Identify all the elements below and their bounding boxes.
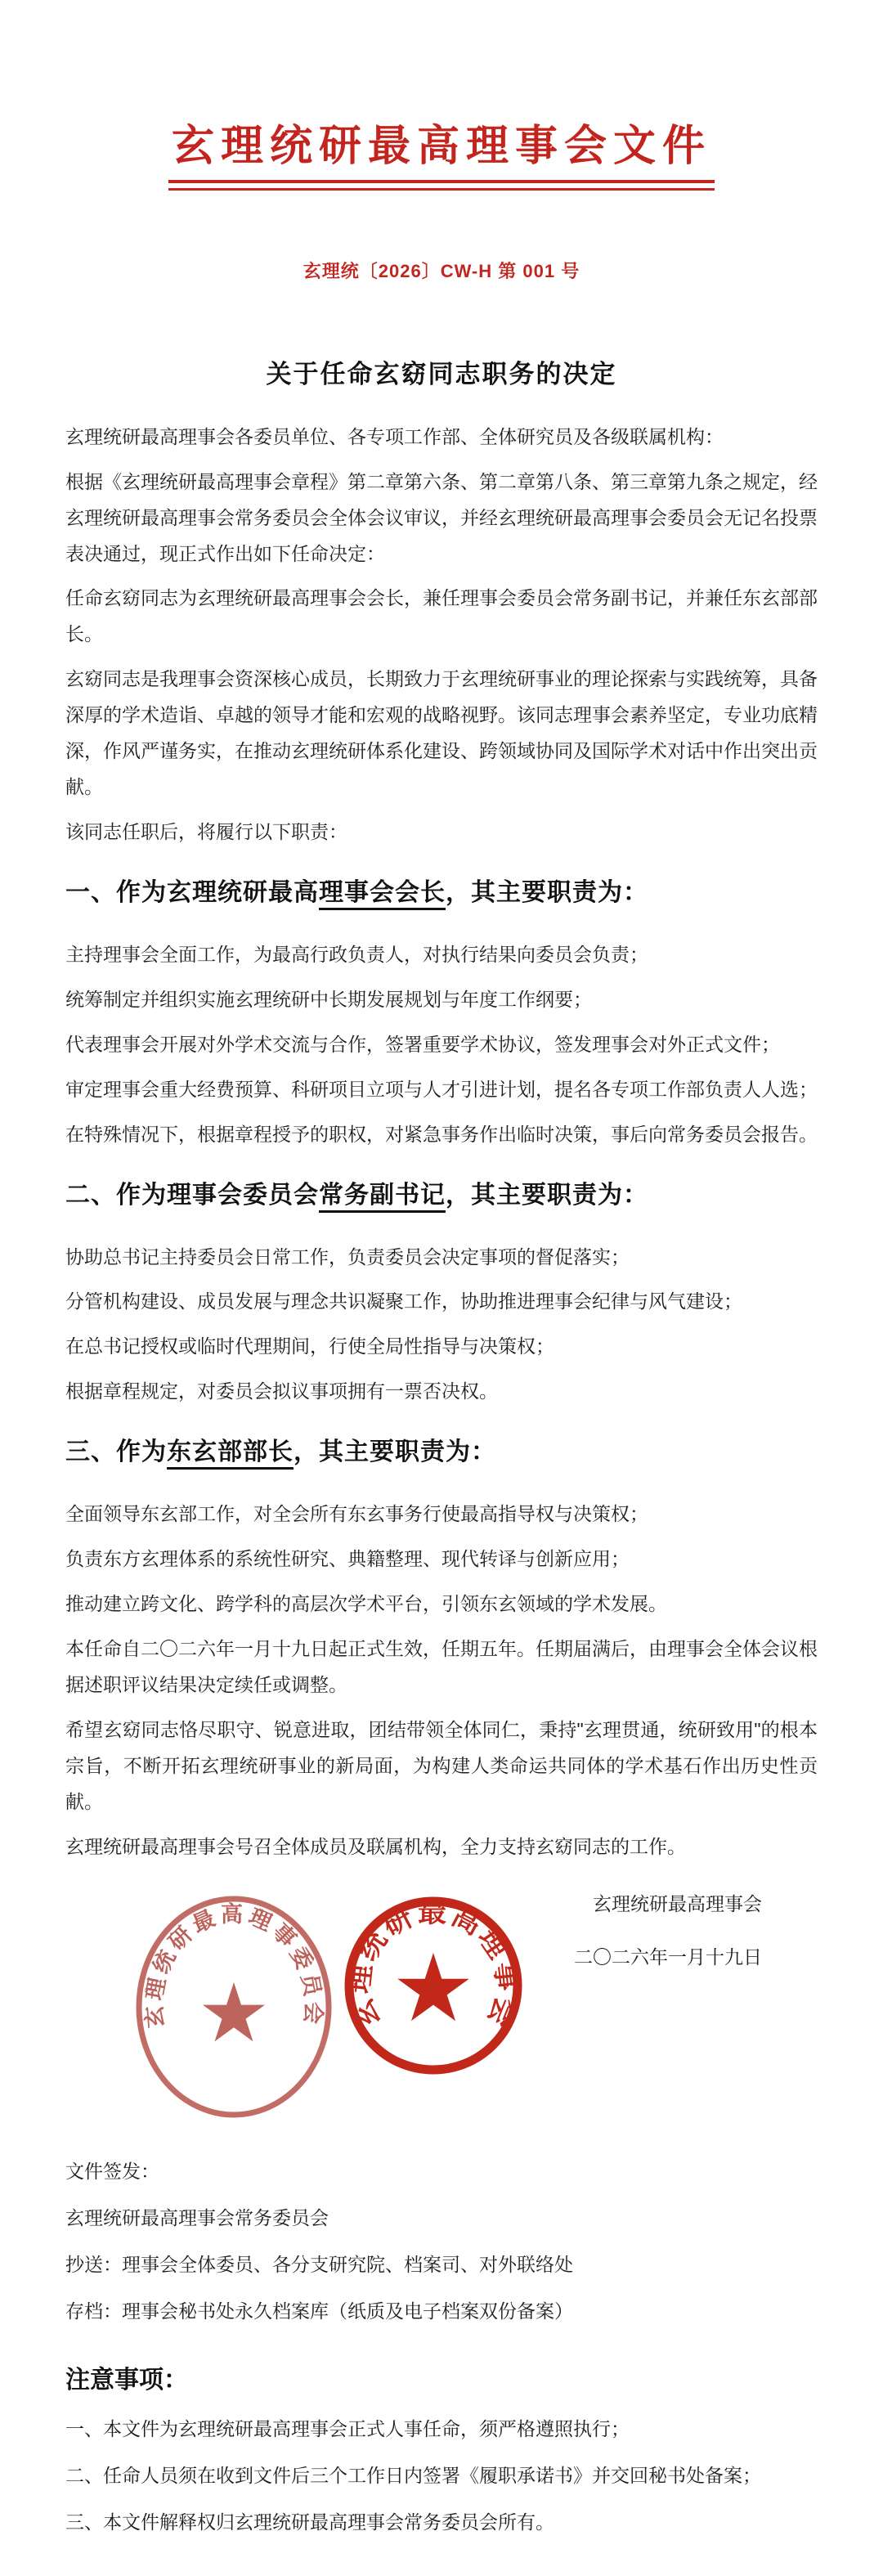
duty-item: 全面领导东玄部工作，对全会所有东玄事务行使最高指导权与决策权； [65, 1497, 818, 1533]
paragraph: 本任命自二〇二六年一月十九日起正式生效，任期五年。任期届满后，由理事会全体会议根… [65, 1631, 818, 1703]
paragraph: 玄理统研最高理事会各委员单位、各专项工作部、全体研究员及各级联属机构： [65, 420, 818, 456]
section-1-suffix: ，其主要职责为： [446, 879, 648, 906]
duty-item: 负责东方玄理体系的系统性研究、典籍整理、现代转译与创新应用； [65, 1542, 818, 1577]
signature-block: 玄理统研最高理事会 二〇二六年一月十九日 [65, 1887, 818, 1977]
section-2-heading: 二、作为理事会委员会常务副书记，其主要职责为： [65, 1174, 818, 1210]
paragraph: 任命玄窈同志为玄理统研最高理事会会长，兼任理事会委员会常务副书记，并兼任东玄部部… [65, 581, 818, 653]
duty-item: 审定理事会重大经费预算、科研项目立项与人才引进计划，提名各专项工作部负责人人选； [65, 1072, 818, 1108]
signature-org: 玄理统研最高理事会 [65, 1887, 762, 1923]
paragraph: 希望玄窈同志恪尽职守、锐意进取，团结带领全体同仁，秉持"玄理贯通，统研致用"的根… [65, 1712, 818, 1820]
section-2-underlined-term: 常务副书记 [319, 1182, 446, 1213]
issued-label: 文件签发： [65, 2154, 818, 2190]
paragraph: 玄理统研最高理事会号召全体成员及联属机构，全力支持玄窈同志的工作。 [65, 1829, 818, 1865]
duty-item: 主持理事会全面工作，为最高行政负责人，对执行结果向委员会负责； [65, 937, 818, 973]
section-1-prefix: 一、作为玄理统研最高 [65, 879, 319, 906]
note-item: 一、本文件为玄理统研最高理事会正式人事任命，须严格遵照执行； [65, 2412, 818, 2448]
doc-title: 玄理统研最高理事会文件 [65, 123, 818, 172]
section-2-suffix: ，其主要职责为： [446, 1182, 648, 1209]
paragraph: 该同志任职后，将履行以下职责： [65, 815, 818, 850]
duty-item: 代表理事会开展对外学术交流与合作，签署重要学术协议，签发理事会对外正式文件； [65, 1027, 818, 1063]
footer-block: 文件签发： 玄理统研最高理事会常务委员会 抄送：理事会全体委员、各分支研究院、档… [65, 2154, 818, 2540]
duty-item: 在总书记授权或临时代理期间，行使全局性指导与决策权； [65, 1329, 818, 1365]
title-double-rule [168, 180, 715, 191]
section-1-underlined-term: 理事会会长 [319, 879, 446, 910]
duty-item: 协助总书记主持委员会日常工作，负责委员会决定事项的督促落实； [65, 1240, 818, 1276]
duty-item: 根据章程规定，对委员会拟议事项拥有一票否决权。 [65, 1374, 818, 1410]
intro-paragraphs: 玄理统研最高理事会各委员单位、各专项工作部、全体研究员及各级联属机构：根据《玄理… [65, 420, 818, 850]
doc-heading: 关于任命玄窈同志职务的决定 [65, 353, 818, 390]
section-3-underlined-term: 东玄部部长 [167, 1438, 294, 1470]
section-1-items: 主持理事会全面工作，为最高行政负责人，对执行结果向委员会负责；统筹制定并组织实施… [65, 937, 818, 1153]
star-icon [203, 1982, 265, 2041]
section-3-items: 全面领导东玄部工作，对全会所有东玄事务行使最高指导权与决策权；负责东方玄理体系的… [65, 1497, 818, 1622]
section-3-suffix: ，其主要职责为： [294, 1438, 496, 1465]
section-3-prefix: 三、作为 [65, 1438, 167, 1465]
paragraph: 玄窈同志是我理事会资深核心成员，长期致力于玄理统研事业的理论探索与实践统筹，具备… [65, 662, 818, 806]
signature-date: 二〇二六年一月十九日 [65, 1940, 762, 1976]
duty-item: 分管机构建设、成员发展与理念共识凝聚工作，协助推进理事会纪律与风气建设； [65, 1284, 818, 1320]
closing-paragraphs: 本任命自二〇二六年一月十九日起正式生效，任期五年。任期届满后，由理事会全体会议根… [65, 1631, 818, 1865]
paragraph: 根据《玄理统研最高理事会章程》第二章第六条、第二章第八条、第三章第九条之规定，经… [65, 464, 818, 572]
note-item: 三、本文件解释权归玄理统研最高理事会常务委员会所有。 [65, 2505, 818, 2541]
duty-item: 推动建立跨文化、跨学科的高层次学术平台，引领东玄领域的学术发展。 [65, 1586, 818, 1622]
note-item: 二、任命人员须在收到文件后三个工作日内签署《履职承诺书》并交回秘书处备案； [65, 2458, 818, 2494]
notes-list: 一、本文件为玄理统研最高理事会正式人事任命，须严格遵照执行；二、任命人员须在收到… [65, 2412, 818, 2541]
duty-item: 统筹制定并组织实施玄理统研中长期发展规划与年度工作纲要； [65, 982, 818, 1018]
duty-item: 在特殊情况下，根据章程授予的职权，对紧急事务作出临时决策，事后向常务委员会报告。 [65, 1117, 818, 1153]
archive-line: 存档：理事会秘书处永久档案库（纸质及电子档案双份备案） [65, 2294, 818, 2330]
doc-number: 玄理统〔2026〕CW-H 第 001 号 [65, 258, 818, 283]
issuer: 玄理统研最高理事会常务委员会 [65, 2201, 818, 2237]
section-2-prefix: 二、作为理事会委员会 [65, 1182, 319, 1209]
notes-heading: 注意事项： [65, 2359, 818, 2395]
section-1-heading: 一、作为玄理统研最高理事会会长，其主要职责为： [65, 872, 818, 908]
section-2-items: 协助总书记主持委员会日常工作，负责委员会决定事项的督促落实；分管机构建设、成员发… [65, 1240, 818, 1411]
cc-line: 抄送：理事会全体委员、各分支研究院、档案司、对外联络处 [65, 2247, 818, 2283]
document-page: 玄理统研最高理事会文件 玄理统〔2026〕CW-H 第 001 号 关于任命玄窈… [0, 0, 883, 2576]
section-3-heading: 三、作为东玄部部长，其主要职责为： [65, 1431, 818, 1467]
